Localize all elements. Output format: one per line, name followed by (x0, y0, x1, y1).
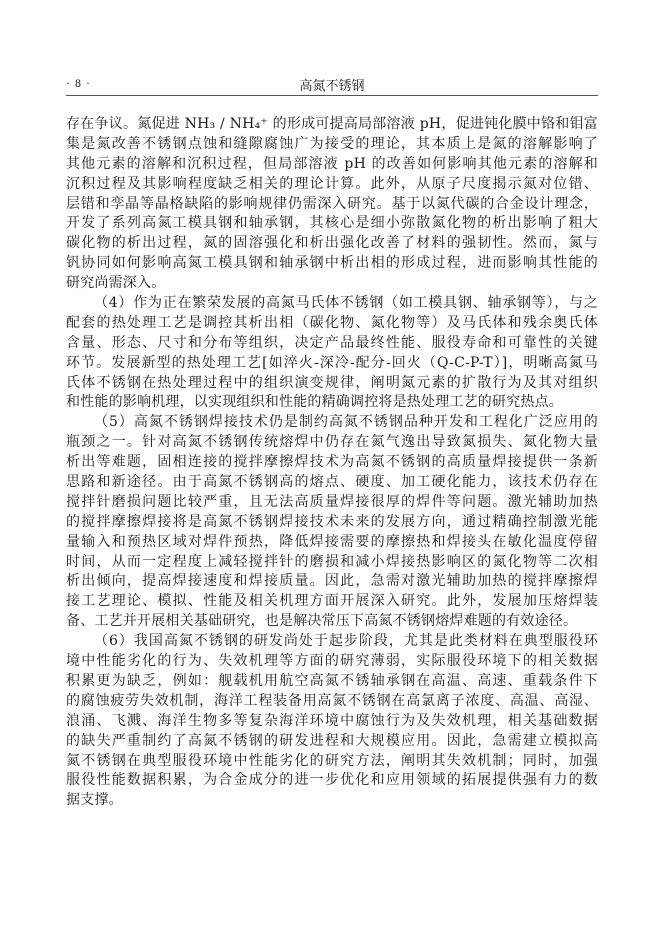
text-line: 集是氮改善不锈钢点蚀和缝隙腐蚀广为接受的理论，其本质上是氮的溶解影响了 (66, 135, 598, 155)
text-line: 和性能的影响机理，以实现组织和性能的精确调控将是热处理工艺的研究热点。 (66, 393, 598, 413)
text-line: 境中性能劣化的行为、失效机理等方面的研究薄弱，实际服役环境下的相关数据 (66, 652, 598, 672)
text-line: 其他元素的溶解和沉积过程，但局部溶液 pH 的改善如何影响其他元素的溶解和 (66, 155, 598, 175)
text-line: 层错和孪晶等晶格缺陷的影响规律仍需深入研究。基于以氮代碳的合金设计理念， (66, 195, 598, 215)
body-text: 存在争议。氮促进 NH₃ / NH₄⁺ 的形成可提高局部溶液 pH，促进钝化膜中… (66, 115, 598, 811)
text-line: 接工艺理论、模拟、性能及相关机理方面开展深入研究。此外，发展加压熔焊装 (66, 592, 598, 612)
text-line: 瓶颈之一。针对高氮不锈钢传统熔焊中仍存在氮气逸出导致氮损失、氮化物大量 (66, 433, 598, 453)
text-line: 搅拌针磨损问题比较严重，且无法高质量焊接很厚的焊件等问题。激光辅助加热 (66, 493, 598, 513)
text-line: 的腐蚀疲劳失效机制，海洋工程装备用高氮不锈钢在高氯离子浓度、高温、高湿、 (66, 692, 598, 712)
text-line: 服役性能数据积累，为合金成分的进一步优化和应用领域的拓展提供强有力的数 (66, 771, 598, 791)
text-line: 量输入和预热区域对焊件预热，降低焊接需要的摩擦热和焊接头在敏化温度停留 (66, 533, 598, 553)
text-line: （5）高氮不锈钢焊接技术仍是制约高氮不锈钢品种开发和工程化广泛应用的 (66, 413, 598, 433)
text-line: 思路和新途径。由于高氮不锈钢高的熔点、硬度、加工硬化能力，该技术仍存在 (66, 473, 598, 493)
text-line: 沉积过程及其影响程度缺乏相关的理论计算。此外，从原子尺度揭示氮对位错、 (66, 175, 598, 195)
paragraph-5: （5）高氮不锈钢焊接技术仍是制约高氮不锈钢品种开发和工程化广泛应用的 瓶颈之一。… (66, 413, 598, 632)
paragraph-4: （4）作为正在繁荣发展的高氮马氏体不锈钢（如工模具钢、轴承钢等），与之 配套的热… (66, 294, 598, 413)
text-line: 钒协同如何影响高氮工模具钢和轴承钢中析出相的形成过程，进而影响其性能的 (66, 254, 598, 274)
paragraph-6: （6）我国高氮不锈钢的研发尚处于起步阶段，尤其是此类材料在典型服役环 境中性能劣… (66, 632, 598, 811)
page-header: · 8 · 高氮不锈钢 (66, 74, 598, 94)
text-line: 氮不锈钢在典型服役环境中性能劣化的研究方法，阐明其失效机制；同时，加强 (66, 752, 598, 772)
text-line: 含量、形态、尺寸和分布等组织，决定产品最终性能、服役寿命和可靠性的关键 (66, 334, 598, 354)
text-line: 时间，从而一定程度上减轻搅拌针的磨损和减小焊接热影响区的氮化物等二次相 (66, 553, 598, 573)
text-line: 的搅拌摩擦焊接将是高氮不锈钢焊接技术未来的发展方向，通过精确控制激光能 (66, 513, 598, 533)
text-line: 积累更为缺乏，例如：舰载机用航空高氮不锈轴承钢在高温、高速、重载条件下 (66, 672, 598, 692)
paragraph-continued: 存在争议。氮促进 NH₃ / NH₄⁺ 的形成可提高局部溶液 pH，促进钝化膜中… (66, 115, 598, 294)
text-line: （6）我国高氮不锈钢的研发尚处于起步阶段，尤其是此类材料在典型服役环 (66, 632, 598, 652)
document-page: · 8 · 高氮不锈钢 存在争议。氮促进 NH₃ / NH₄⁺ 的形成可提高局部… (0, 0, 661, 925)
header-rule (66, 95, 598, 96)
text-line: 配套的热处理工艺是调控其析出相（碳化物、氮化物等）及马氏体和残余奥氏体 (66, 314, 598, 334)
text-line: 碳化物的析出过程，氮的固溶强化和析出强化改善了材料的强韧性。然而，氮与 (66, 234, 598, 254)
text-line: 浪涌、飞溅、海洋生物多等复杂海洋环境中腐蚀行为及失效机理，相关基础数据 (66, 712, 598, 732)
text-line: 氏体不锈钢在热处理过程中的组织演变规律，阐明氮元素的扩散行为及其对组织 (66, 374, 598, 394)
text-line: 研究尚需深入。 (66, 274, 598, 294)
text-line: 存在争议。氮促进 NH₃ / NH₄⁺ 的形成可提高局部溶液 pH，促进钝化膜中… (66, 115, 598, 135)
text-line: 环节。发展新型的热处理工艺[如淬火-深冷-配分-回火（Q-C-P-T）]，明晰高… (66, 354, 598, 374)
text-line: 开发了系列高氮工模具钢和轴承钢，其核心是细小弥散氮化物的析出影响了粗大 (66, 214, 598, 234)
text-line: 的缺失严重制约了高氮不锈钢的研发进程和大规模应用。因此，急需建立模拟高 (66, 732, 598, 752)
text-line: 备、工艺并开展相关基础研究，也是解决常压下高氮不锈钢熔焊难题的有效途径。 (66, 612, 598, 632)
text-line: （4）作为正在繁荣发展的高氮马氏体不锈钢（如工模具钢、轴承钢等），与之 (66, 294, 598, 314)
text-line: 据支撑。 (66, 791, 598, 811)
text-line: 析出等难题，固相连接的搅拌摩擦焊技术为高氮不锈钢的高质量焊接提供一条新 (66, 453, 598, 473)
running-title: 高氮不锈钢 (66, 75, 598, 94)
text-line: 析出倾向，提高焊接速度和焊接质量。因此，急需对激光辅助加热的搅拌摩擦焊 (66, 572, 598, 592)
